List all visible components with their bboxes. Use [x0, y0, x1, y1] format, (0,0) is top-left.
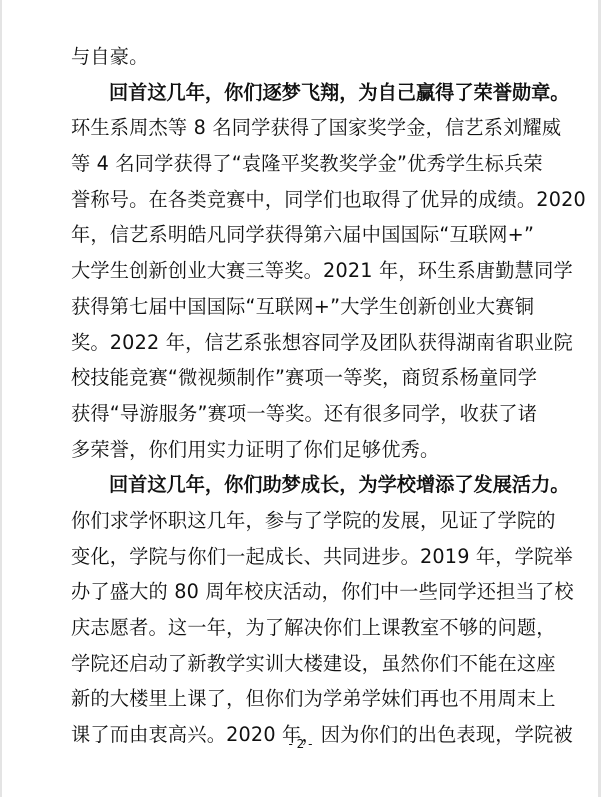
- page-edge-left: [0, 0, 2, 797]
- text-line: 与自豪。: [71, 39, 549, 75]
- text-line: 新的大楼里上课了，但你们为学弟学妹们再也不用周末上: [71, 681, 549, 717]
- text-line: 庆志愿者。这一年，为了解决你们上课教室不够的问题，: [71, 610, 549, 646]
- text-line: 多荣誉，你们用实力证明了你们足够优秀。: [71, 432, 549, 468]
- text-line: 获得“导游服务”赛项一等奖。还有很多同学，收获了诸: [71, 396, 549, 432]
- text-line: 大学生创新创业大赛三等奖。2021 年，环生系唐勤慧同学: [71, 253, 549, 289]
- text-line: 变化，学院与你们一起成长、共同进步。2019 年，学院举: [71, 539, 549, 575]
- text-line: 等 4 名同学获得了“袁隆平奖教奖学金”优秀学生标兵荣: [71, 146, 549, 182]
- text-line: 获得第七届中国国际“互联网+”大学生创新创业大赛铜: [71, 289, 549, 325]
- text-line: 你们求学怀职这几年，参与了学院的发展，见证了学院的: [71, 503, 549, 539]
- text-line: 环生系周杰等 8 名同学获得了国家奖学金，信艺系刘耀威: [71, 110, 549, 146]
- page-number: - 2 -: [0, 737, 601, 751]
- document-body: 与自豪。 回首这几年，你们逐梦飞翔，为自己赢得了荣誉勋章。 环生系周杰等 8 名…: [71, 39, 549, 753]
- section-heading: 回首这几年，你们逐梦飞翔，为自己赢得了荣誉勋章。: [71, 75, 549, 111]
- section-heading: 回首这几年，你们助梦成长，为学校增添了发展活力。: [71, 467, 549, 503]
- text-line: 校技能竞赛“微视频制作”赛项一等奖，商贸系杨童同学: [71, 360, 549, 396]
- text-line: 学院还启动了新教学实训大楼建设，虽然你们不能在这座: [71, 646, 549, 682]
- text-line: 誉称号。在各类竞赛中，同学们也取得了优异的成绩。2020: [71, 182, 549, 218]
- text-line: 办了盛大的 80 周年校庆活动，你们中一些同学还担当了校: [71, 574, 549, 610]
- text-line: 年，信艺系明皓凡同学获得第六届中国国际“互联网+”: [71, 217, 549, 253]
- text-line: 奖。2022 年，信艺系张想容同学及团队获得湖南省职业院: [71, 325, 549, 361]
